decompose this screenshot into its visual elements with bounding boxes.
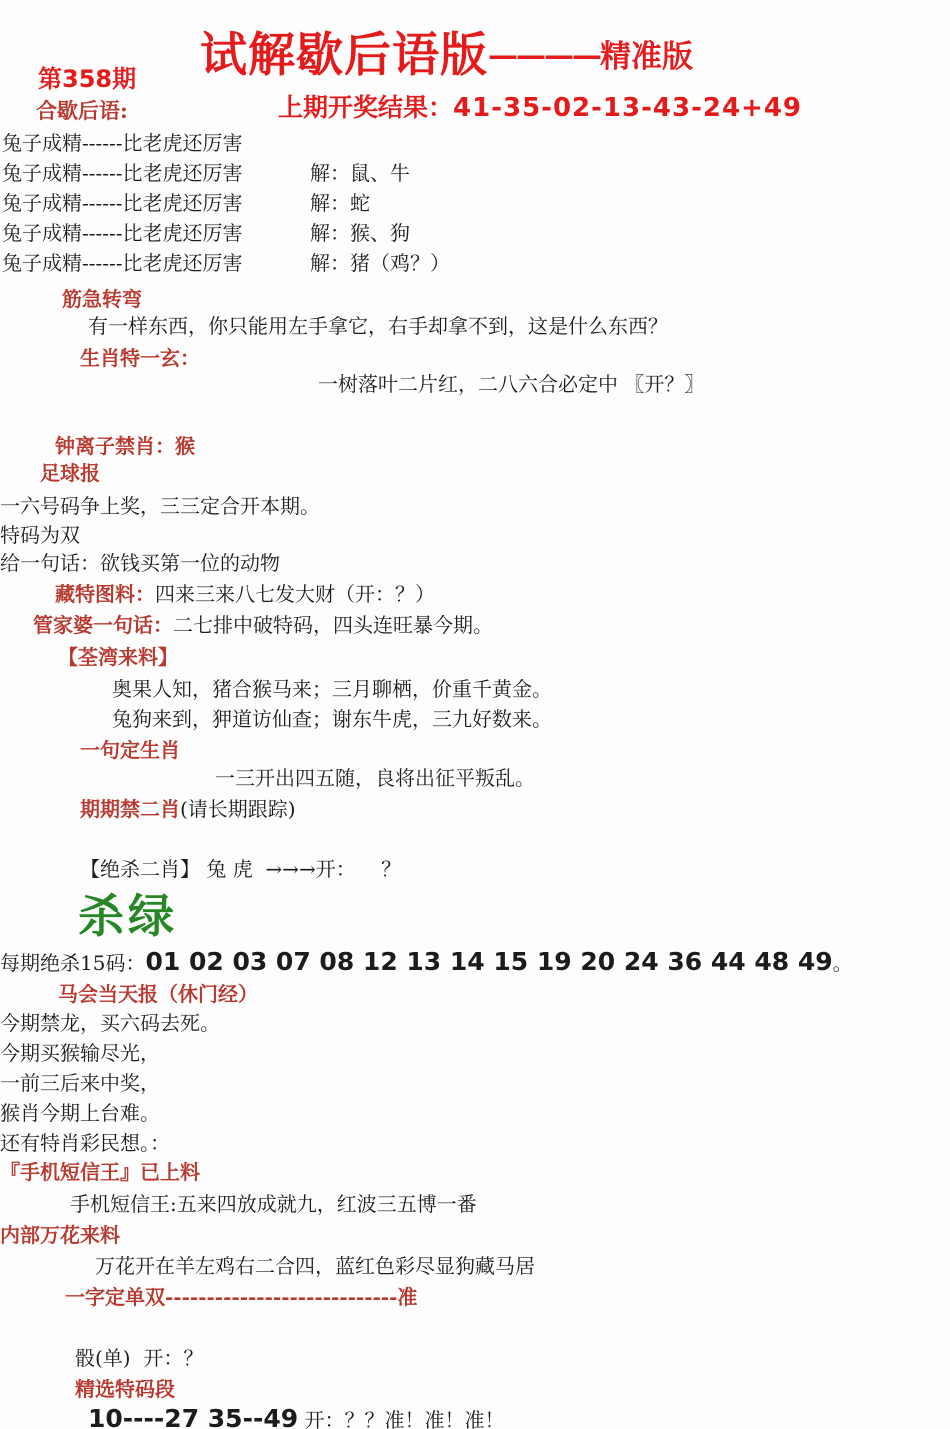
special-segment-range: 10----27 35--49 bbox=[88, 1404, 298, 1429]
result-numbers: 41-35-02-13-43-24+49 bbox=[453, 93, 802, 123]
riddle-answer-2: 解：蛇 bbox=[310, 191, 370, 216]
cangte-label: 藏特图料： bbox=[55, 582, 155, 606]
sms-heading: 『手机短信王』已上料 bbox=[0, 1160, 200, 1185]
riddle-answer-4: 解：猪（鸡？） bbox=[310, 251, 450, 276]
result-label: 上期开奖结果： bbox=[278, 93, 453, 122]
daily-line-4: 猴肖今期上台难。 bbox=[0, 1101, 160, 1126]
qiqi-note: (请长期跟踪) bbox=[180, 797, 296, 821]
daily-line-5: 还有特肖彩民想。： bbox=[0, 1131, 170, 1156]
danshuang-line: 一字定单双----------------------------准 bbox=[65, 1285, 417, 1310]
cangte-text: 四来三来八七发大财（开：？） bbox=[155, 582, 435, 606]
football-line-1: 一六号码争上奖，三三定合开本期。 bbox=[0, 494, 320, 519]
zodiac-heading: 生肖特一玄： bbox=[80, 346, 200, 371]
daily-heading: 马会当天报（休门经） bbox=[58, 982, 258, 1007]
riddle-line-2: 兔子成精------比老虎还厉害 bbox=[2, 161, 243, 186]
special-segment-result: 开：？？准！准！准！ bbox=[298, 1408, 504, 1429]
yiju-verse: 一三开出四五随，良将出征平叛乱。 bbox=[215, 766, 535, 791]
kill-codes-period: 。 bbox=[833, 951, 853, 975]
lottery-tip-sheet: 试解歇后语版————精准版 第358期 合歇后语: 上期开奖结果：41-35-0… bbox=[0, 0, 950, 1429]
qiqi-line: 期期禁二肖(请长期跟踪) bbox=[80, 797, 296, 822]
kill-codes-line: 每期绝杀15码：01 02 03 07 08 12 13 14 15 19 20… bbox=[0, 946, 853, 977]
page-title-sub: 精准版 bbox=[600, 39, 693, 75]
kill-codes-label: 每期绝杀15码： bbox=[0, 951, 145, 975]
quanwan-line-2: 兔狗来到，狎道访仙查；谢东牛虎，三九好数来。 bbox=[112, 707, 552, 732]
football-line-2: 特码为双 bbox=[0, 523, 80, 548]
page-title-dashes: ———— bbox=[488, 38, 600, 73]
kill-two-xiao-line: 【绝杀二肖】 兔 虎 →→→开： ？ bbox=[80, 857, 401, 882]
riddle-line-3: 兔子成精------比老虎还厉害 bbox=[2, 191, 243, 216]
special-segment-heading: 精选特码段 bbox=[75, 1377, 175, 1402]
issue-number: 第358期 bbox=[38, 64, 136, 94]
section-label: 合歇后语: bbox=[36, 98, 128, 124]
cangte-line: 藏特图料：四来三来八七发大财（开：？） bbox=[55, 582, 435, 607]
guanjiapo-text: 二七排中破特码，四头连旺暴今期。 bbox=[173, 613, 493, 637]
page-title-main: 试解歇后语版 bbox=[200, 28, 488, 83]
guanjiapo-label: 管家婆一句话： bbox=[33, 613, 173, 637]
qiqi-label: 期期禁二肖 bbox=[80, 797, 180, 821]
teaser-question: 有一样东西，你只能用左手拿它，右手却拿不到，这是什么东西？ bbox=[88, 314, 668, 339]
zhongli-line: 钟离子禁肖：猴 bbox=[55, 434, 195, 459]
riddle-line-4: 兔子成精------比老虎还厉害 bbox=[2, 221, 243, 246]
kill-codes: 01 02 03 07 08 12 13 14 15 19 20 24 36 4… bbox=[145, 947, 832, 976]
sms-line: 手机短信王:五来四放成就九，红波三五博一番 bbox=[70, 1192, 477, 1217]
guanjiapo-line: 管家婆一句话：二七排中破特码，四头连旺暴今期。 bbox=[33, 613, 493, 638]
riddle-answer-1: 解：鼠、牛 bbox=[310, 161, 410, 186]
wanhua-heading: 内部万花来料 bbox=[0, 1223, 120, 1248]
quanwan-line-1: 奥果人知，猪合猴马来；三月聊栖，价重千黄金。 bbox=[112, 677, 552, 702]
page-title: 试解歇后语版————精准版 bbox=[200, 18, 693, 85]
kill-green-label: 杀绿 bbox=[78, 888, 178, 946]
riddle-line-1: 兔子成精------比老虎还厉害 bbox=[2, 131, 243, 156]
dice-line: 骰(单) 开：？ bbox=[75, 1346, 203, 1371]
wanhua-line: 万花开在羊左鸡右二合四，蓝红色彩尽显狗藏马居 bbox=[95, 1254, 535, 1279]
special-segment-line: 10----27 35--49 开：？？准！准！准！ bbox=[88, 1403, 504, 1429]
zodiac-verse: 一树落叶二片红，二八六合必定中 〖开？〗 bbox=[318, 372, 704, 397]
riddle-answer-3: 解：猴、狗 bbox=[310, 221, 410, 246]
teaser-heading: 筋急转弯 bbox=[62, 287, 142, 312]
last-draw-result: 上期开奖结果：41-35-02-13-43-24+49 bbox=[278, 92, 802, 125]
quanwan-heading: 【荃湾来料】 bbox=[58, 645, 178, 670]
football-heading: 足球报 bbox=[40, 461, 100, 486]
daily-line-2: 今期买猴输尽光， bbox=[0, 1041, 160, 1066]
yiju-heading: 一句定生肖 bbox=[80, 738, 180, 763]
daily-line-1: 今期禁龙，买六码去死。 bbox=[0, 1011, 220, 1036]
football-line-3: 给一句话：欲钱买第一位的动物 bbox=[0, 551, 280, 576]
daily-line-3: 一前三后来中奖， bbox=[0, 1071, 160, 1096]
riddle-line-5: 兔子成精------比老虎还厉害 bbox=[2, 251, 243, 276]
